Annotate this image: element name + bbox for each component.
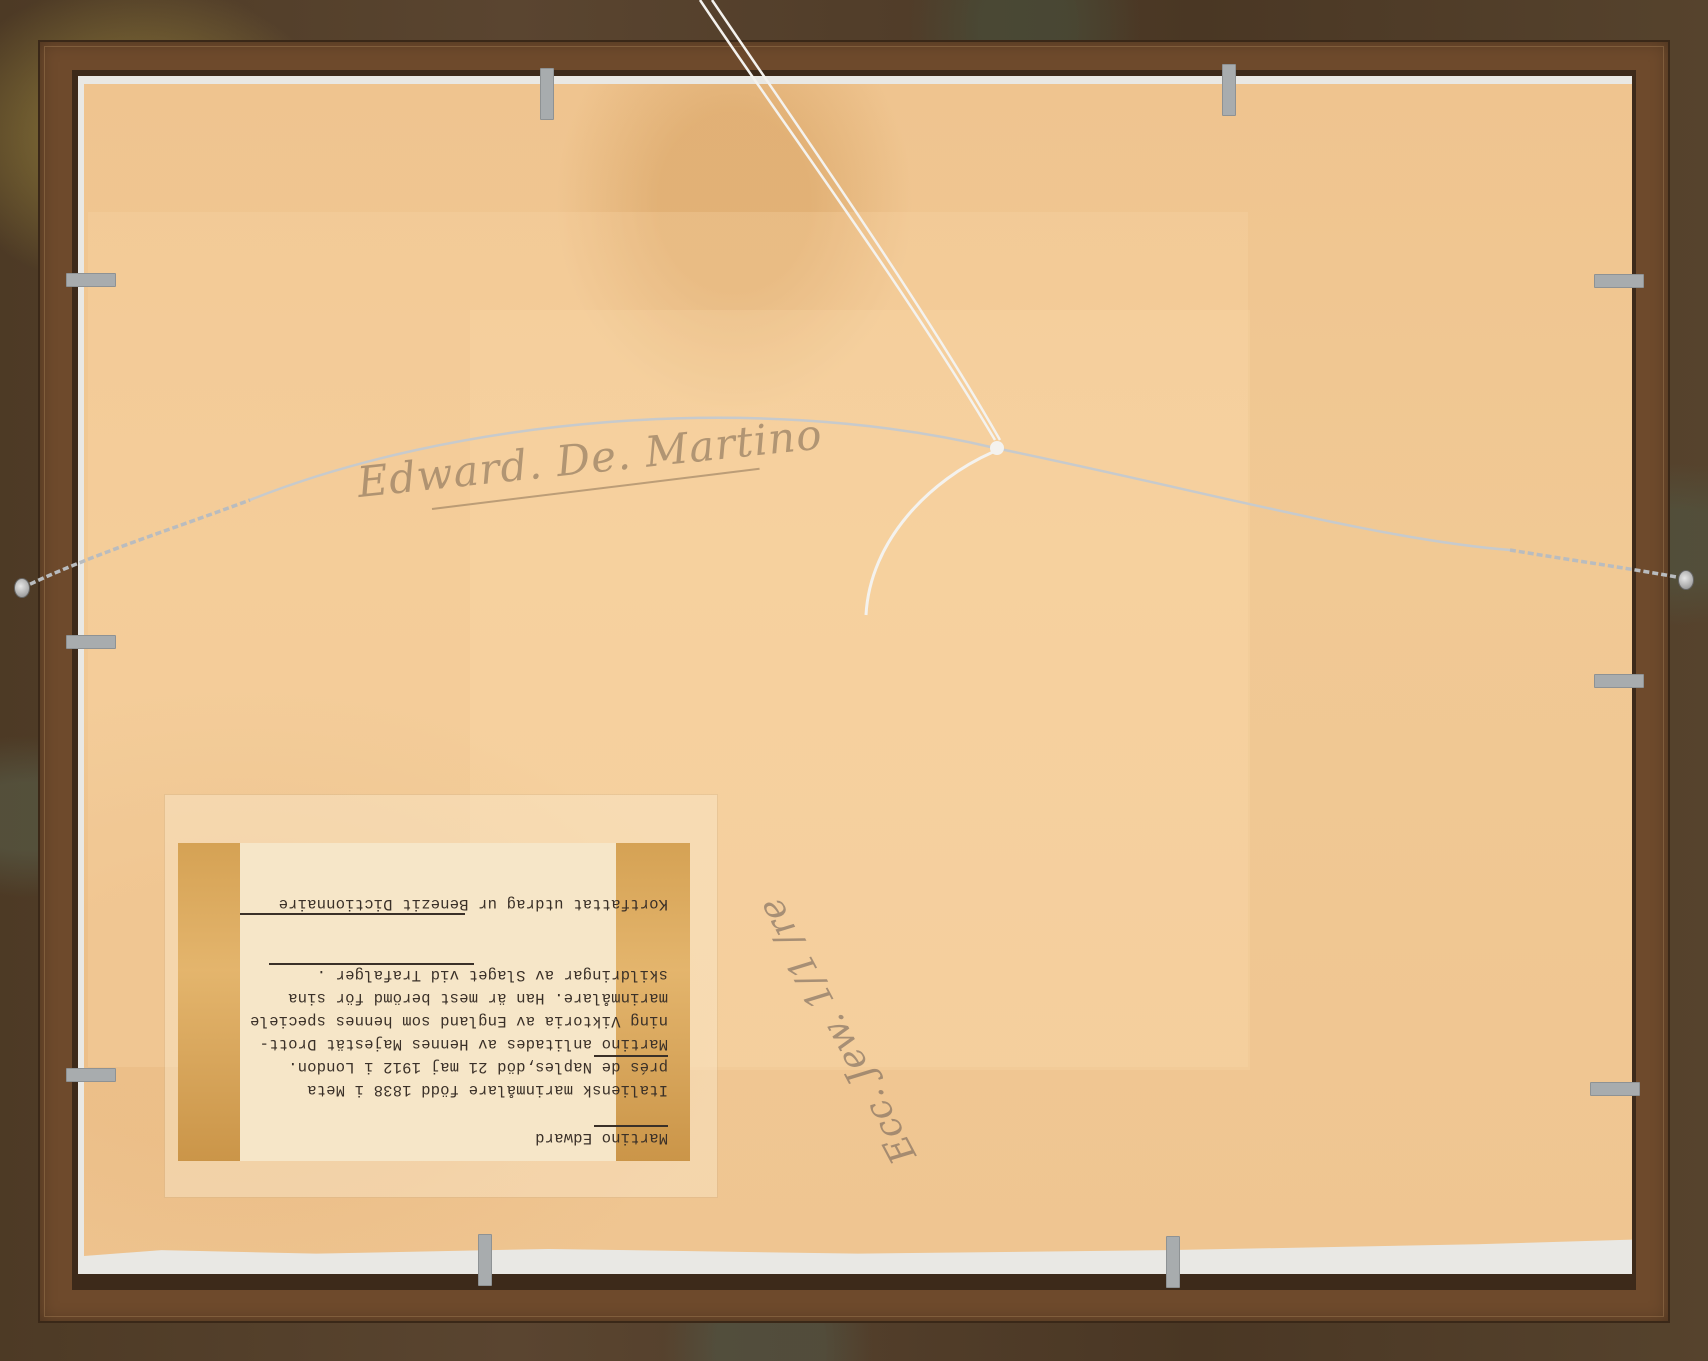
right-clip-2 [1594, 674, 1644, 688]
label-text-inverted: Martino Edward Italiensk marinmålare föd… [178, 843, 690, 1161]
label-underline [594, 1126, 668, 1128]
label-line: Martino anlitades av Hennes Majestät Dro… [259, 1035, 668, 1053]
label-line: Italiensk marinmålare född 1838 i Meta [307, 1081, 668, 1099]
left-clip-2 [66, 635, 116, 649]
right-clip-1 [1594, 274, 1644, 288]
label-line: skildringar av Slaget vid Trafalger . [316, 966, 668, 984]
left-clip-1 [66, 273, 116, 287]
label-line: ning Viktoria av England som hennes spec… [250, 1012, 668, 1030]
label-line-title: Martino Edward [535, 1129, 668, 1147]
top-right-clip [1222, 64, 1236, 116]
right-clip-3 [1590, 1082, 1640, 1096]
label-underline [269, 964, 474, 966]
left-screw-eye-hook [14, 578, 30, 598]
label-line: marinmålare. Han är mest berömd för sina [288, 989, 668, 1007]
label-underline [594, 1056, 668, 1058]
label-underline [240, 914, 465, 916]
right-screw-eye-hook [1678, 570, 1694, 590]
label-line-source: Kortfattat utdrag ur Benezit Dictionnair… [278, 895, 668, 913]
bottom-left-clip [478, 1234, 492, 1286]
typed-label: Martino Edward Italiensk marinmålare föd… [178, 843, 690, 1161]
top-left-clip [540, 68, 554, 120]
label-line: prés de Naples,död 21 maj 1912 i London. [288, 1058, 668, 1076]
left-clip-3 [66, 1068, 116, 1082]
bottom-right-clip [1166, 1236, 1180, 1288]
